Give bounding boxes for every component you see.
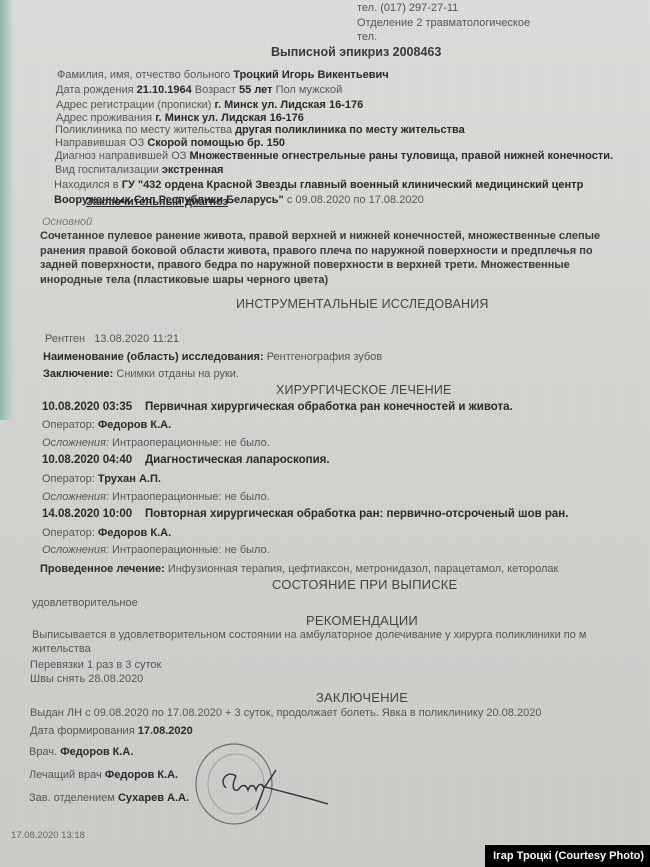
reg-address-value: г. Минск ул. Лидская 16-176: [215, 99, 364, 111]
operation-name: Первичная хирургическая обработка ран ко…: [145, 401, 513, 413]
recommendations-heading: РЕКОМЕНДАЦИИ: [306, 614, 418, 627]
patient-name-label: Фамилия, имя, отчество больного: [57, 69, 230, 81]
complications-value: Интраоперационные: не было.: [112, 437, 270, 449]
operator-value: Трухан А.П.: [98, 473, 161, 485]
patient-dob-row: Дата рождения 21.10.1964 Возраст 55 лет …: [56, 84, 342, 97]
formation-date-value: 17.08.2020: [138, 725, 193, 737]
res-address-value: г. Минск ул. Лидская 16-176: [155, 112, 304, 124]
referral-diagnosis-row: Диагноз направившей ОЗ Множественные огн…: [55, 150, 613, 163]
operator-value: Федоров К.А.: [98, 527, 171, 539]
patient-name-row: Фамилия, имя, отчество больного Троцкий …: [57, 69, 389, 82]
age-unit: лет: [254, 84, 272, 96]
clinic-label: Поликлиника по месту жительства: [55, 124, 232, 136]
referral-diagnosis-label: Диагноз направившей ОЗ: [55, 150, 186, 162]
study-name-label: Наименование (область) исследования:: [43, 351, 264, 363]
hospitalization-type-label: Вид госпитализации: [55, 164, 159, 176]
stay-hospital-line1: ГУ "432 ордена Красной Звезды главный во…: [122, 179, 584, 191]
doctor-row: Врач. Федоров К.А.: [29, 746, 133, 759]
operator-label: Оператор:: [42, 419, 95, 431]
formation-date-label: Дата формирования: [30, 725, 135, 737]
operator-label: Оператор:: [42, 527, 95, 539]
study-conclusion-value: Снимки отданы на руки.: [116, 368, 239, 380]
operation-1-title: 10.08.2020 03:35 Первичная хирургическая…: [42, 401, 513, 414]
sex-value: мужской: [299, 84, 342, 96]
stay-from-label: с: [287, 194, 293, 206]
referrer-label: Направившая ОЗ: [55, 137, 144, 149]
operation-datetime: 10.08.2020 03:35: [42, 401, 132, 413]
operation-datetime: 10.08.2020 04:40: [42, 454, 132, 466]
surgery-heading: ХИРУРГИЧЕСКОЕ ЛЕЧЕНИЕ: [276, 384, 452, 397]
referrer-value: Скорой помощью бр. 150: [147, 137, 285, 149]
final-diagnosis-heading: Заключительный диагноз: [86, 196, 228, 209]
res-address-label: Адрес проживания: [56, 112, 152, 124]
operation-1-operator: Оператор: Федоров К.А.: [42, 419, 171, 432]
doctor-value: Федоров К.А.: [60, 746, 133, 758]
main-diagnosis-label: Основной: [42, 216, 92, 229]
stay-to-label: по: [354, 194, 366, 206]
operation-1-complications: Осложнения: Интраоперационные: не было.: [42, 437, 270, 450]
reg-address-row: Адрес регистрации (прописки) г. Минск ул…: [56, 99, 363, 112]
printed-timestamp: 17.08.2020 13:18: [11, 829, 85, 842]
treatment-value: Инфузионная терапия, цефтиаксон, метрони…: [168, 563, 559, 575]
discharge-state-value: удовлетворительное: [32, 597, 138, 610]
operation-datetime: 14.08.2020 10:00: [42, 508, 132, 520]
operator-label: Оператор:: [42, 473, 95, 485]
stamp-signature-icon: [192, 740, 332, 830]
reg-address-label: Адрес регистрации (прописки): [56, 99, 211, 111]
recommendation-line-2: жительства: [32, 643, 91, 656]
age-value: 55: [239, 84, 251, 96]
complications-value: Интраоперационные: не было.: [112, 544, 270, 556]
head-value: Сухарев А.А.: [118, 792, 189, 804]
patient-name-value: Троцкий Игорь Викентьевич: [233, 69, 388, 81]
xray-type: Рентген: [45, 333, 85, 345]
dob-label: Дата рождения: [56, 84, 134, 96]
stay-row: Находился в ГУ "432 ордена Красной Звезд…: [54, 179, 583, 192]
study-name-row: Наименование (область) исследования: Рен…: [43, 351, 382, 364]
photo-credit: Ігар Троцкі (Courtesy Photo): [485, 845, 650, 867]
operation-name: Диагностическая лапароскопия.: [145, 454, 330, 466]
discharge-summary-document: тел. (017) 297-27-11 Отделение 2 травмат…: [0, 0, 650, 867]
treatment-row: Проведенное лечение: Инфузионная терапия…: [40, 563, 558, 576]
age-label: Возраст: [195, 84, 236, 96]
referrer-row: Направившая ОЗ Скорой помощью бр. 150: [55, 137, 285, 150]
operation-2-operator: Оператор: Трухан А.П.: [42, 473, 161, 486]
treatment-label: Проведенное лечение:: [40, 563, 165, 575]
dob-value: 21.10.1964: [137, 84, 192, 96]
head-of-department-row: Зав. отделением Сухарев А.А.: [29, 792, 189, 805]
study-name-value: Рентгенография зубов: [267, 351, 382, 363]
complications-label: Осложнения:: [42, 491, 109, 503]
stay-from-date: 09.08.2020: [295, 194, 350, 206]
study-conclusion-label: Заключение:: [43, 368, 113, 380]
header-dept-phone: тел.: [357, 31, 377, 44]
recommendation-line-4: Швы снять 28.08.2020: [30, 673, 143, 686]
operation-2-complications: Осложнения: Интраоперационные: не было.: [42, 491, 270, 504]
operation-3-complications: Осложнения: Интраоперационные: не было.: [42, 544, 270, 557]
formation-date-row: Дата формирования 17.08.2020: [30, 725, 193, 738]
attending-row: Лечащий врач Федоров К.А.: [29, 769, 178, 782]
study-conclusion-row: Заключение: Снимки отданы на руки.: [43, 368, 239, 381]
document-title: Выписной эпикриз 2008463: [271, 46, 441, 59]
xray-row: Рентген 13.08.2020 11:21: [45, 333, 179, 346]
attending-label: Лечащий врач: [29, 769, 102, 781]
xray-datetime: 13.08.2020 11:21: [94, 333, 179, 345]
recommendation-line-3: Перевязки 1 раз в 3 суток: [30, 659, 161, 672]
clinic-row: Поликлиника по месту жительства другая п…: [55, 124, 465, 137]
operation-name: Повторная хирургическая обработка ран: п…: [145, 508, 568, 520]
discharge-state-heading: СОСТОЯНИЕ ПРИ ВЫПИСКЕ: [272, 578, 457, 591]
instrumental-heading: ИНСТРУМЕНТАЛЬНЫЕ ИССЛЕДОВАНИЯ: [236, 298, 489, 311]
complications-label: Осложнения:: [42, 544, 109, 556]
head-label: Зав. отделением: [29, 792, 115, 804]
complications-value: Интраоперационные: не было.: [112, 491, 270, 503]
referral-diagnosis-value: Множественные огнестрельные раны туловищ…: [190, 150, 614, 162]
operation-2-title: 10.08.2020 04:40 Диагностическая лапарос…: [42, 454, 330, 467]
conclusion-heading: ЗАКЛЮЧЕНИЕ: [316, 691, 408, 704]
hospitalization-type-row: Вид госпитализации экстренная: [55, 164, 223, 177]
clinic-value: другая поликлиника по месту жительства: [235, 124, 465, 136]
recommendation-line-1: Выписывается в удовлетворительном состоя…: [32, 629, 586, 642]
attending-value: Федоров К.А.: [105, 769, 178, 781]
operator-value: Федоров К.А.: [98, 419, 171, 431]
operation-3-title: 14.08.2020 10:00 Повторная хирургическая…: [42, 508, 568, 521]
header-department: Отделение 2 травматологическое: [357, 17, 530, 30]
conclusion-text: Выдан ЛН с 09.08.2020 по 17.08.2020 + 3 …: [30, 707, 541, 720]
doctor-label: Врач.: [29, 746, 57, 758]
stay-to-date: 17.08.2020: [369, 194, 424, 206]
final-diagnosis-text: Сочетанное пулевое ранение живота, право…: [40, 229, 630, 287]
hospitalization-type-value: экстренная: [162, 164, 224, 176]
operation-3-operator: Оператор: Федоров К.А.: [42, 527, 171, 540]
header-phone: тел. (017) 297-27-11: [357, 2, 458, 15]
stay-label: Находился в: [54, 179, 119, 191]
sex-label: Пол: [276, 84, 296, 96]
complications-label: Осложнения:: [42, 437, 109, 449]
